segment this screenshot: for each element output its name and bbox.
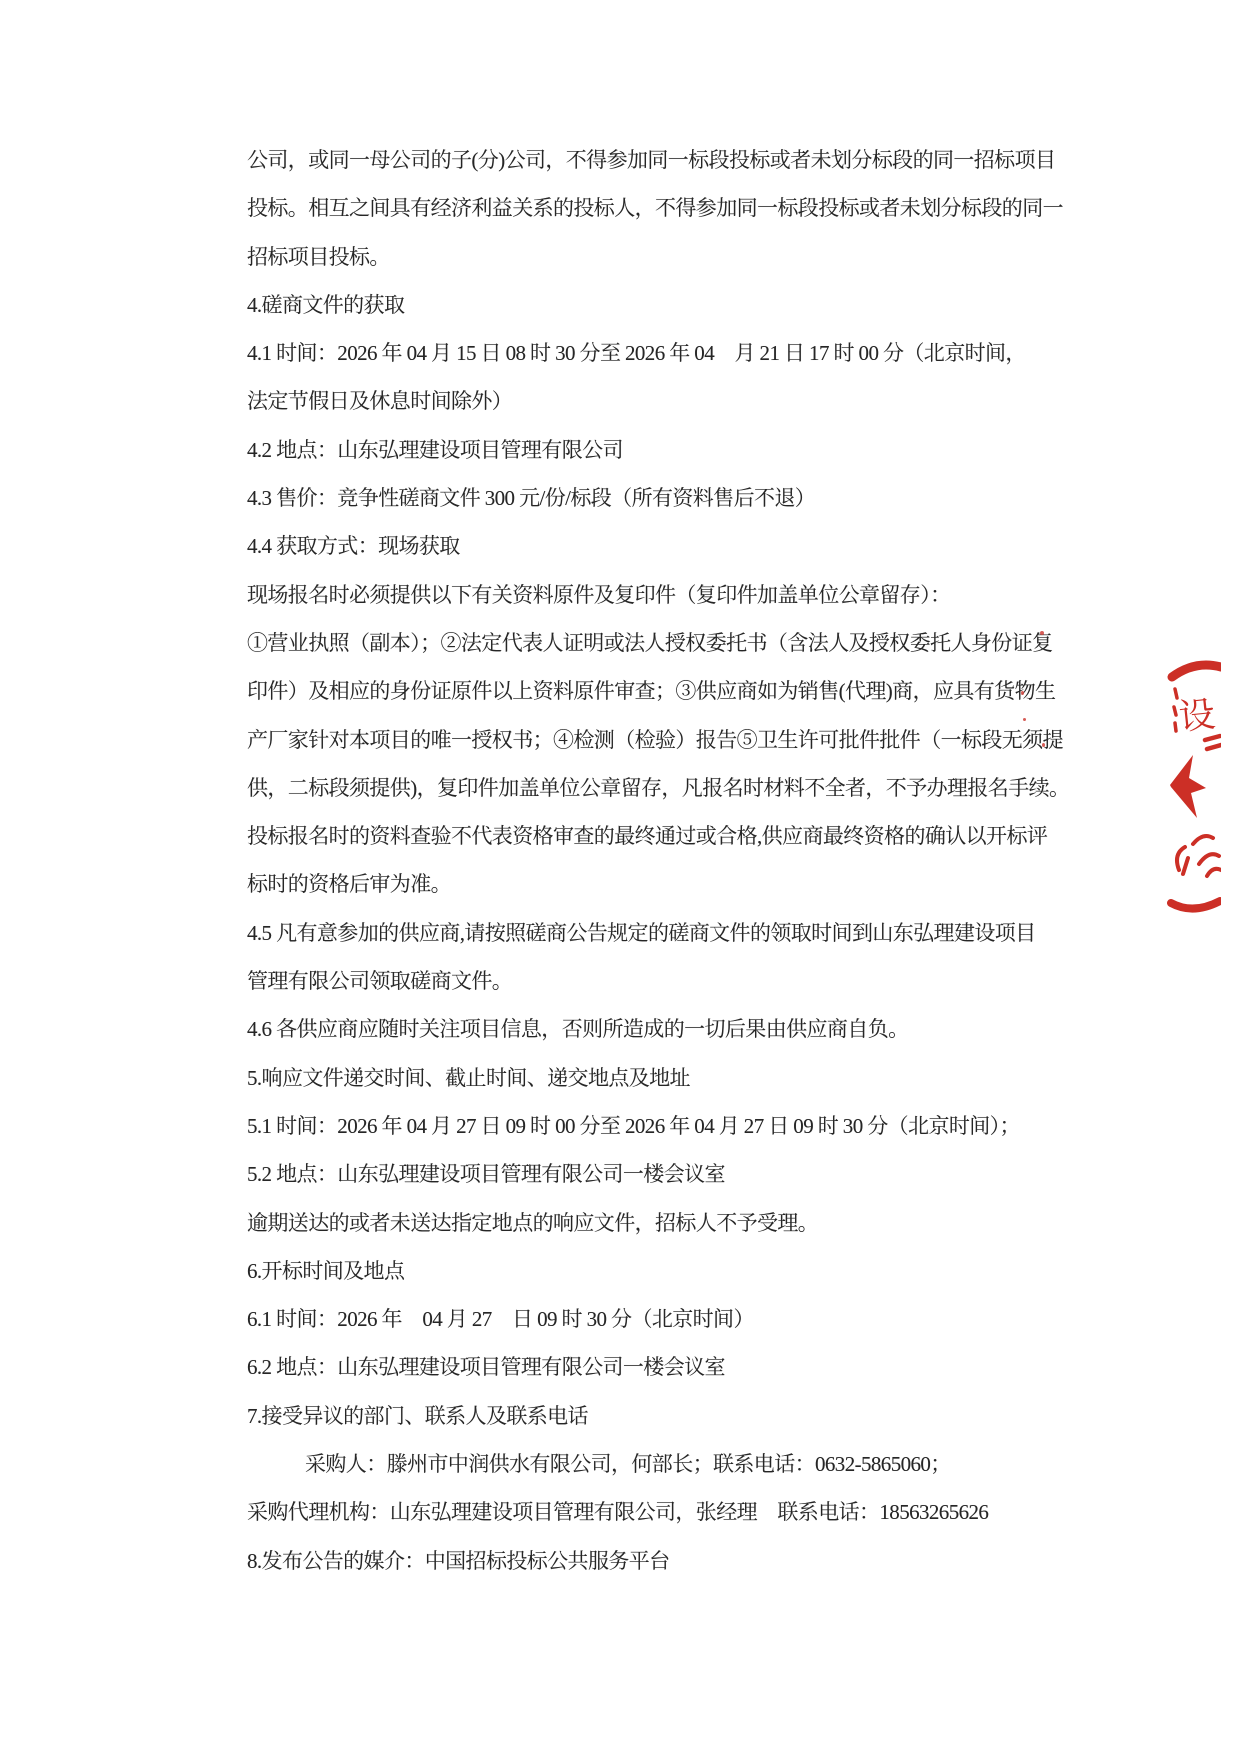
document-text-block: 公司，或同一母公司的子(分)公司，不得参加同一标段投标或者未划分标段的同一招标项… [247, 136, 1062, 1585]
doc-line: 供，二标段须提供)，复印件加盖单位公章留存，凡报名时材料不全者，不予办理报名手续… [247, 764, 1062, 812]
ink-speck [1023, 718, 1026, 721]
doc-line-section-4: 4.磋商文件的获取 [247, 281, 1062, 329]
stamp-faded-strokes [1174, 689, 1177, 731]
doc-line: 标时的资格后审为准。 [247, 860, 1062, 908]
doc-line: 管理有限公司领取磋商文件。 [247, 957, 1062, 1005]
doc-line: 招标项目投标。 [247, 233, 1062, 281]
doc-line: 5.2 地点：山东弘理建设项目管理有限公司一楼会议室 [247, 1150, 1062, 1198]
doc-line: 6.1 时间：2026 年 04 月 27 日 09 时 30 分（北京时间） [247, 1295, 1062, 1343]
stamp-partial-character-strokes [1205, 736, 1221, 749]
doc-line: ①营业执照（副本）；②法定代表人证明或法人授权委托书（含法人及授权委托人身份证复 [247, 619, 1062, 667]
stamp-ring-top-arc [1172, 665, 1221, 677]
official-seal-stamp: 设 [1165, 652, 1221, 918]
stamp-ring-bottom-arc [1171, 901, 1220, 909]
doc-line: 4.1 时间：2026 年 04 月 15 日 08 时 30 分至 2026 … [247, 329, 1062, 377]
doc-line: 现场报名时必须提供以下有关资料原件及复印件（复印件加盖单位公章留存）： [247, 571, 1062, 619]
ink-speck [1042, 743, 1045, 747]
doc-line-agency-contact: 采购代理机构：山东弘理建设项目管理有限公司，张经理 联系电话：185632656… [247, 1488, 1062, 1536]
doc-line: 产厂家针对本项目的唯一授权书；④检测（检验）报告⑤卫生许可批件批件（一标段无须提 [247, 716, 1062, 764]
doc-line: 逾期送达的或者未送达指定地点的响应文件，招标人不予受理。 [247, 1199, 1062, 1247]
doc-line-section-8: 8.发布公告的媒介：中国招标投标公共服务平台 [247, 1537, 1062, 1585]
stamp-character: 设 [1177, 694, 1217, 738]
stamp-star-icon [1170, 755, 1206, 818]
doc-line: 法定节假日及休息时间除外） [247, 377, 1062, 425]
doc-line: 6.2 地点：山东弘理建设项目管理有限公司一楼会议室 [247, 1343, 1062, 1391]
doc-line-section-6: 6.开标时间及地点 [247, 1247, 1062, 1295]
stamp-scribble-strokes [1177, 836, 1221, 876]
doc-line: 投标报名时的资料查验不代表资格审查的最终通过或合格,供应商最终资格的确认以开标评 [247, 812, 1062, 860]
doc-line: 5.1 时间：2026 年 04 月 27 日 09 时 00 分至 2026 … [247, 1102, 1062, 1150]
doc-line-section-5: 5.响应文件递交时间、截止时间、递交地点及地址 [247, 1054, 1062, 1102]
doc-line: 4.4 获取方式：现场获取 [247, 522, 1062, 570]
doc-line: 4.3 售价：竞争性磋商文件 300 元/份/标段（所有资料售后不退） [247, 474, 1062, 522]
doc-line: 4.5 凡有意参加的供应商,请按照磋商公告规定的磋商文件的领取时间到山东弘理建设… [247, 909, 1062, 957]
ink-speck [1021, 691, 1024, 695]
doc-line-section-7: 7.接受异议的部门、联系人及联系电话 [247, 1392, 1062, 1440]
doc-line-purchaser-contact: 采购人：滕州市中润供水有限公司，何部长；联系电话：0632-5865060； [247, 1440, 1062, 1488]
document-page: { "page": { "background": "#ffffff", "te… [0, 0, 1256, 1737]
doc-line: 4.6 各供应商应随时关注项目信息，否则所造成的一切后果由供应商自负。 [247, 1005, 1062, 1053]
doc-line: 投标。相互之间具有经济利益关系的投标人，不得参加同一标段投标或者未划分标段的同一 [247, 184, 1062, 232]
doc-line: 4.2 地点：山东弘理建设项目管理有限公司 [247, 426, 1062, 474]
doc-line: 印件）及相应的身份证原件以上资料原件审查；③供应商如为销售(代理)商，应具有货物… [247, 667, 1062, 715]
ink-speck [1040, 631, 1044, 635]
doc-line: 公司，或同一母公司的子(分)公司，不得参加同一标段投标或者未划分标段的同一招标项… [247, 136, 1062, 184]
